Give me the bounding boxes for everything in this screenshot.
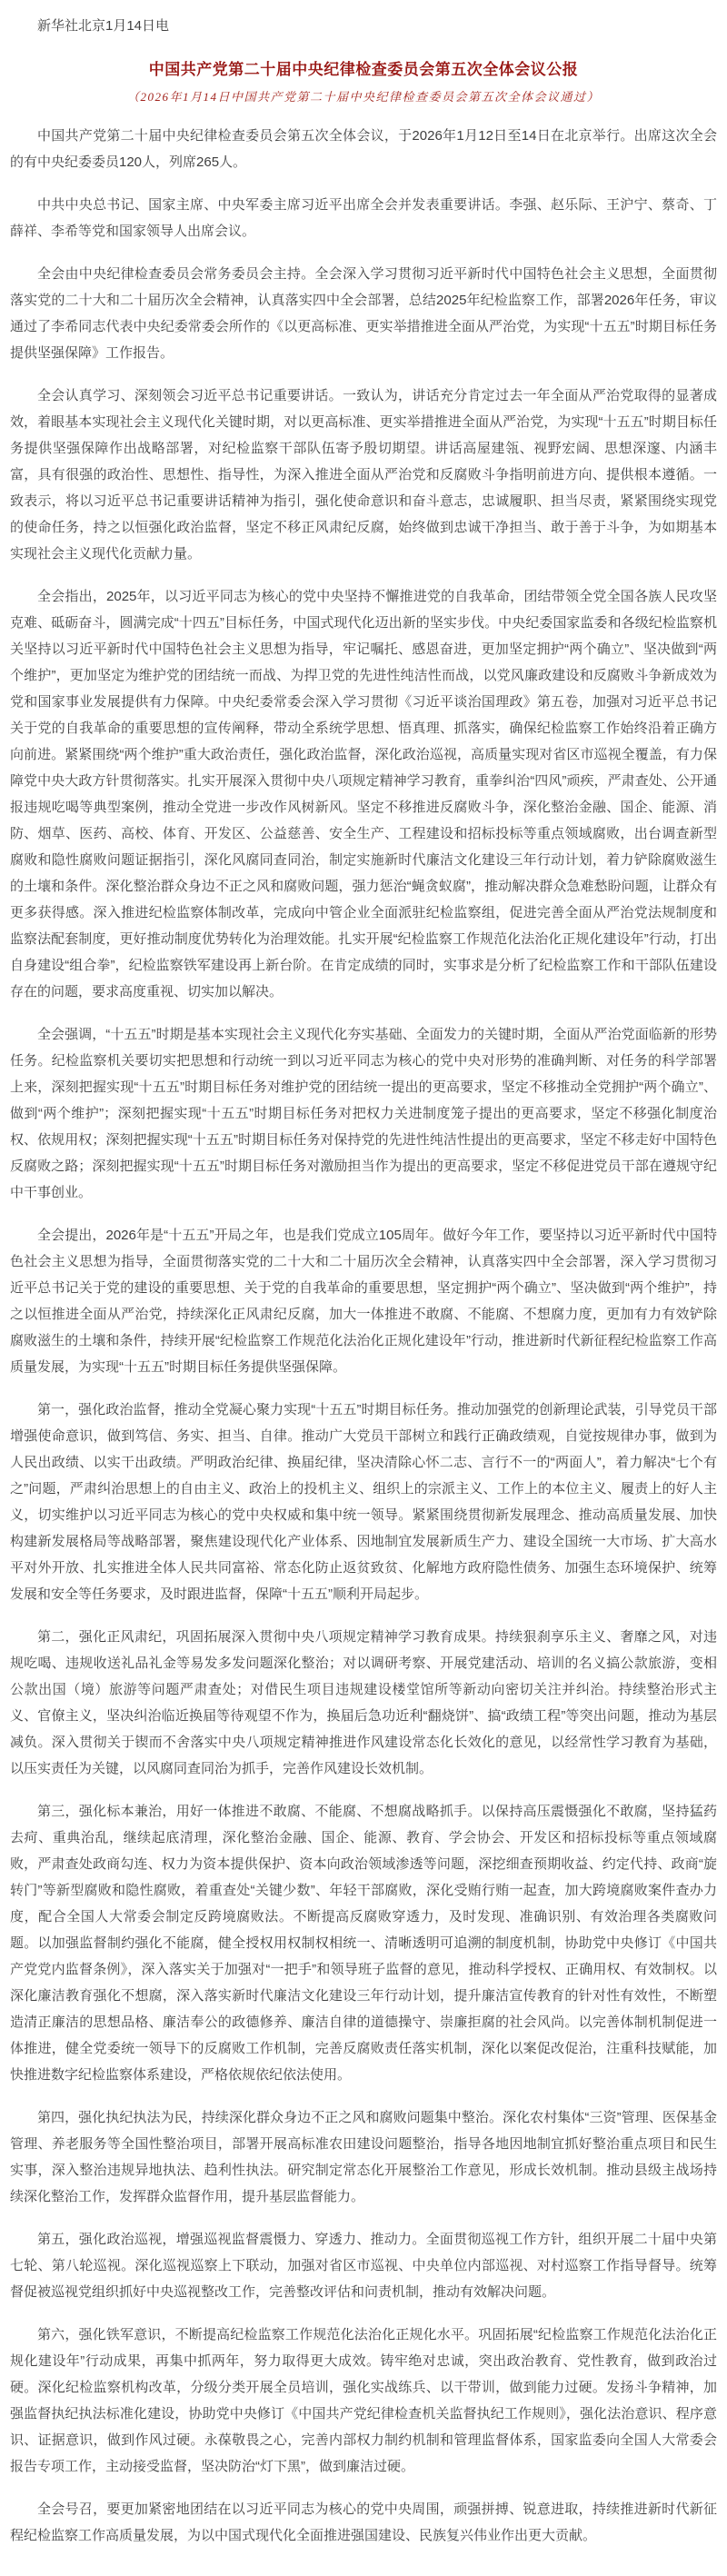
paragraph: 第三，强化标本兼治，用好一体推进不敢腐、不能腐、不想腐战略抓手。以保持高压震慑强…	[10, 1798, 717, 2088]
paragraph: 第一，强化政治监督，推动全党凝心聚力实现“十五五”时期目标任务。推动加强党的创新…	[10, 1397, 717, 1607]
article-title: 中国共产党第二十届中央纪律检查委员会第五次全体会议公报	[26, 59, 701, 81]
paragraph: 第五，强化政治巡视，增强巡视监督震慑力、穿透力、推动力。全面贯彻巡视工作方针，组…	[10, 2226, 717, 2305]
paragraph: 全会强调，“十五五”时期是基本实现社会主义现代化夯实基础、全面发力的关键时期，全…	[10, 1021, 717, 1206]
paragraph: 全会由中央纪律检查委员会常务委员会主持。全会深入学习贯彻习近平新时代中国特色社会…	[10, 261, 717, 366]
paragraph: 全会号召，要更加紧密地团结在以习近平同志为核心的党中央周围，顽强拼搏、锐意进取，…	[10, 2496, 717, 2549]
paragraph: 全会提出，2026年是“十五五”开局之年，也是我们党成立105周年。做好今年工作…	[10, 1222, 717, 1380]
paragraph: 第二，强化正风肃纪，巩固拓展深入贯彻中央八项规定精神学习教育成果。持续狠刹享乐主…	[10, 1624, 717, 1782]
paragraph: 中共中央总书记、国家主席、中央军委主席习近平出席全会并发表重要讲话。李强、赵乐际…	[10, 192, 717, 244]
paragraph: 全会指出，2025年，以习近平同志为核心的党中央坚持不懈推进党的自我革命，团结带…	[10, 583, 717, 1005]
news-article-page: 新华社北京1月14日电 中国共产党第二十届中央纪律检查委员会第五次全体会议公报 …	[0, 0, 727, 2576]
article-subtitle: （2026年1月14日中国共产党第二十届中央纪律检查委员会第五次全体会议通过）	[10, 88, 717, 106]
dateline: 新华社北京1月14日电	[10, 13, 717, 39]
paragraph: 第四，强化执纪执法为民，持续深化群众身边不正之风和腐败问题集中整治。深化农村集体…	[10, 2104, 717, 2210]
article-body: 中国共产党第二十届中央纪律检查委员会第五次全体会议，于2026年1月12日至14…	[10, 123, 717, 2549]
paragraph: 第六，强化铁军意识，不断提高纪检监察工作规范化法治化正规化水平。巩固拓展“纪检监…	[10, 2322, 717, 2480]
paragraph: 中国共产党第二十届中央纪律检查委员会第五次全体会议，于2026年1月12日至14…	[10, 123, 717, 175]
paragraph: 全会认真学习、深刻领会习近平总书记重要讲话。一致认为，讲话充分肯定过去一年全面从…	[10, 383, 717, 567]
